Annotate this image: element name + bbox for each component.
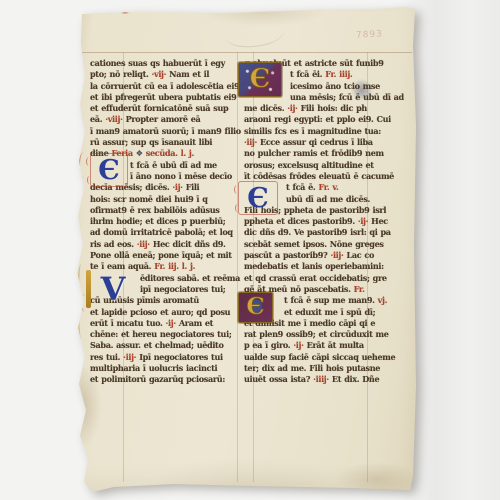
- body-text: t fcā ē ubū dī ad me: [130, 160, 217, 170]
- body-text: Aram et: [179, 318, 213, 328]
- text-line: similis fcs es ī magnitudine tua:: [244, 126, 384, 137]
- manuscript-leaf-shadow: 7893 cationes suas qs habuerūt ī egypto;…: [74, 6, 418, 494]
- body-text: ī āno nono ī mēse decīo: [130, 171, 232, 181]
- text-line: hois: scr nomē diei hui9 ī q: [90, 194, 238, 205]
- text-line: pascūt a pastorib9? ·iij· Lac co: [244, 250, 384, 261]
- body-text: t fcā ēi.: [290, 69, 325, 79]
- illuminated-initial-E: Є: [92, 156, 126, 184]
- body-text: Ipī negociatores tui: [139, 352, 223, 362]
- rubric-text: Fr. iiij.: [325, 69, 352, 79]
- text-line: et qd crassū erat occidebatis; gre: [244, 273, 384, 284]
- body-text: Hec: [371, 216, 388, 226]
- body-text: rū assur; sup qs īsanauit libi: [90, 137, 212, 147]
- body-text: et lapide pcioso et auro; qd posu: [90, 307, 230, 317]
- body-text: Lac co: [347, 250, 375, 260]
- illuminated-initial-E: Є: [238, 62, 282, 97]
- text-line: rat plen9 ossib9; et circūduxit me: [244, 329, 384, 340]
- body-text: ad domū irritatricē pabolā; et loq: [90, 227, 233, 237]
- body-text: ppheta et dices pastorib9.: [244, 216, 358, 226]
- body-text: orosus; excelsusq altitudine et: [244, 160, 374, 170]
- body-text: pto; nō reliqt.: [90, 69, 152, 79]
- text-line: ·iij· Ecce assur qi cedrus ī liba: [244, 137, 384, 148]
- text-line: et ibi pfregerūt ubera pubtatis ei9: [90, 92, 238, 103]
- rubric-text: ·vij·: [152, 69, 170, 79]
- text-line: dic dñs d9. Ve pastorib9 isrl: qi pa: [244, 227, 384, 238]
- body-text: ubū dī ad me dicēs.: [286, 194, 370, 204]
- text-line: ihrlm hodie; et dices p puerbiū;: [90, 216, 238, 227]
- body-text: Pone ollā eneā; pone īquā; et mit: [90, 250, 232, 260]
- body-text: uiuēt ossa ista?: [244, 374, 313, 384]
- manuscript-leaf: 7893 cationes suas qs habuerūt ī egypto;…: [74, 6, 418, 494]
- body-text: araoni regi egypti: et pplo ei9. Cui: [244, 114, 391, 124]
- text-line: cationes suas qs habuerūt ī egy: [90, 58, 238, 69]
- illuminated-initial-E: Є: [238, 292, 273, 323]
- red-ink-spot: [121, 10, 129, 14]
- text-line: me dicēs. ·ij· Fili hois: dic ph: [244, 103, 384, 114]
- text-line: ualde sup faciē cāpi siccaq ueheme: [244, 352, 384, 363]
- body-text: t fcā ē sup me man9.: [284, 295, 378, 305]
- initial-letter: Є: [250, 66, 271, 92]
- body-text: cationes suas qs habuerūt ī egy: [90, 58, 225, 68]
- body-text: Et dix. Dñe: [332, 374, 379, 384]
- text-line: et polimitorū gazarūq pciosarū:: [90, 374, 238, 385]
- rubric-text: vj.: [378, 295, 387, 305]
- text-line: araoni regi egypti: et pplo ei9. Cui: [244, 114, 384, 125]
- text-line: ter; dix ad me. Fili hois putasne: [244, 363, 384, 374]
- body-text: dic dñs d9. Ve pastorib9 isrl: qi pa: [244, 227, 391, 237]
- text-line: Saba. assur. et chelmad; uēdito: [90, 340, 238, 351]
- body-text: una mēsis; fcū ē ubū dī ad: [290, 92, 404, 102]
- initial-letter: Є: [246, 295, 264, 318]
- body-text: icesimo āno tcio mse: [290, 81, 380, 91]
- red-penwork-decoration: [238, 181, 278, 215]
- text-line: multipharia ī uolucris iacincti: [90, 363, 238, 374]
- rubric-text: ·iij·: [123, 352, 139, 362]
- body-text: erūt ī mcatu tuo.: [90, 318, 166, 328]
- text-line: Pone ollā eneā; pone īquā; et mit: [90, 250, 238, 261]
- body-text: medebatis et lanis operiebamini:: [244, 261, 384, 271]
- rubric-text: ·ij·: [358, 216, 371, 226]
- body-text: Erāt āt multa: [307, 340, 364, 350]
- body-text: ofirmat9 ē rex babilōis adūsus: [90, 205, 220, 215]
- text-column-right: q obuoluūt et astricte sūt funib9t fcā ē…: [244, 58, 384, 386]
- text-line: p ea ī giro. ·ij· Erāt āt multa: [244, 340, 384, 351]
- illuminated-initial-E: Є: [240, 184, 276, 212]
- body-text: la cōrruerūt cū ea ī adolescētia ei9: [90, 81, 239, 91]
- body-text: Saba. assur. et chelmad; uēdito: [90, 340, 224, 350]
- text-line: scebāt semet ipsos. Nōne greges: [244, 239, 384, 250]
- body-text: me dicēs.: [244, 103, 287, 113]
- text-line: eā. ·viij· Propter amorē eā: [90, 114, 238, 125]
- body-text: et eduxit me ī spū dī;: [284, 307, 375, 317]
- rubric-text: ·ij·: [287, 103, 300, 113]
- body-text: ter; dix ad me. Fili hois putasne: [244, 363, 380, 373]
- text-line: orosus; excelsusq altitudine et: [244, 160, 384, 171]
- text-line: ppheta et dices pastorib9. ·ij· Hec: [244, 216, 384, 227]
- text-line: ī man9 amatorū suorū; ī man9 filio: [90, 126, 238, 137]
- rubric-text: ·iiij·: [313, 374, 332, 384]
- body-text: et ibi pfregerūt ubera pubtatis ei9: [90, 92, 236, 102]
- body-text: ipī negociatores tui;: [140, 284, 225, 294]
- text-line: et lapide pcioso et auro; qd posu: [90, 307, 238, 318]
- rubric-text: Fr. v.: [318, 182, 338, 192]
- body-text: Hec dicit dñs d9.: [153, 239, 226, 249]
- body-text: et polimitorū gazarūq pciosarū:: [90, 374, 225, 384]
- text-line: chēne: et hereu negociatores tui;: [90, 329, 238, 340]
- rubric-text: ·iij·: [137, 239, 153, 249]
- text-line: ris ad eos. ·iij· Hec dicit dñs d9.: [90, 239, 238, 250]
- rubric-text: ·ij·: [293, 340, 306, 350]
- rubric-text: ·ij·: [172, 182, 185, 192]
- text-line: no pulcher ramis et frōdib9 nem: [244, 148, 384, 159]
- body-text: Ecce assur qi cedrus ī liba: [260, 137, 373, 147]
- body-text: Propter amorē eā: [126, 114, 201, 124]
- rubric-text: Fr.: [354, 284, 365, 294]
- body-text: ris ad eos.: [90, 239, 137, 249]
- text-line: et effuderūt fornicatōnē suā sup: [90, 103, 238, 114]
- text-line: res tui. ·iij· Ipī negociatores tui: [90, 352, 238, 363]
- body-text: īt cōdēsas frōdes eleuatū ē cacumē: [244, 171, 394, 181]
- text-column-left: cationes suas qs habuerūt ī egypto; nō r…: [90, 58, 238, 386]
- body-text: eā.: [90, 114, 105, 124]
- text-line: erūt ī mcatu tuo. ·ij· Aram et: [90, 318, 238, 329]
- body-text: Fili: [186, 182, 200, 192]
- red-penwork-decoration: [90, 153, 128, 187]
- body-text: scebāt semet ipsos. Nōne greges: [244, 239, 384, 249]
- text-line: ad domū irritatricē pabolā; et loq: [90, 227, 238, 238]
- text-line: ofirmat9 ē rex babilōis adūsus: [90, 205, 238, 216]
- text-line: uiuēt ossa ista? ·iiij· Et dix. Dñe: [244, 374, 384, 385]
- ruling-line-horizontal: [82, 52, 412, 53]
- text-line: rū assur; sup qs īsanauit libi: [90, 137, 238, 148]
- rubric-text: Fr. iij. l. j.: [154, 261, 195, 271]
- text-line: la cōrruerūt cū ea ī adolescētia ei9: [90, 81, 238, 92]
- body-text: multipharia ī uolucris iacincti: [90, 363, 217, 373]
- rubric-text: ·viij·: [105, 114, 125, 124]
- text-line: medebatis et lanis operiebamini:: [244, 261, 384, 272]
- body-text: no pulcher ramis et frōdib9 nem: [244, 148, 384, 158]
- illuminated-initial-V: V: [92, 272, 134, 306]
- pencil-inventory-number: 7893: [356, 29, 383, 40]
- parchment-crease: [223, 17, 285, 50]
- body-text: ī man9 amatorū suorū; ī man9 filio: [90, 126, 241, 136]
- body-text: chēne: et hereu negociatores tui;: [90, 329, 231, 339]
- initial-letter: V: [101, 273, 126, 305]
- rubric-text: ·iij·: [244, 137, 260, 147]
- body-text: et effuderūt fornicatōnē suā sup: [90, 103, 228, 113]
- photo-backdrop: 7893 cationes suas qs habuerūt ī egypto;…: [0, 0, 500, 500]
- body-text: ihrlm hodie; et dices p puerbiū;: [90, 216, 225, 226]
- body-text: similis fcs es ī magnitudine tua:: [244, 126, 381, 136]
- text-line: pto; nō reliqt. ·vij· Nam et il: [90, 69, 238, 80]
- body-text: pascūt a pastorib9?: [244, 250, 330, 260]
- rubric-text: ·iij·: [330, 250, 346, 260]
- body-text: t fcā ē.: [286, 182, 318, 192]
- body-text: hois: scr nomē diei hui9 ī q: [90, 194, 208, 204]
- body-text: et qd crassū erat occidebatis; gre: [244, 273, 387, 283]
- body-text: ēditores sabā. et reēma: [140, 273, 240, 283]
- body-text: Nam et il: [169, 69, 209, 79]
- rubric-text: ·ij·: [166, 318, 179, 328]
- body-text: Fili hois: dic ph: [301, 103, 367, 113]
- body-text: ualde sup faciē cāpi siccaq ueheme: [244, 352, 395, 362]
- rubric-text: secūda. l. j.: [143, 148, 194, 158]
- body-text: p ea ī giro.: [244, 340, 293, 350]
- body-text: rat plen9 ossib9; et circūduxit me: [244, 329, 389, 339]
- body-text: res tui.: [90, 352, 123, 362]
- body-text: ❖: [136, 148, 143, 158]
